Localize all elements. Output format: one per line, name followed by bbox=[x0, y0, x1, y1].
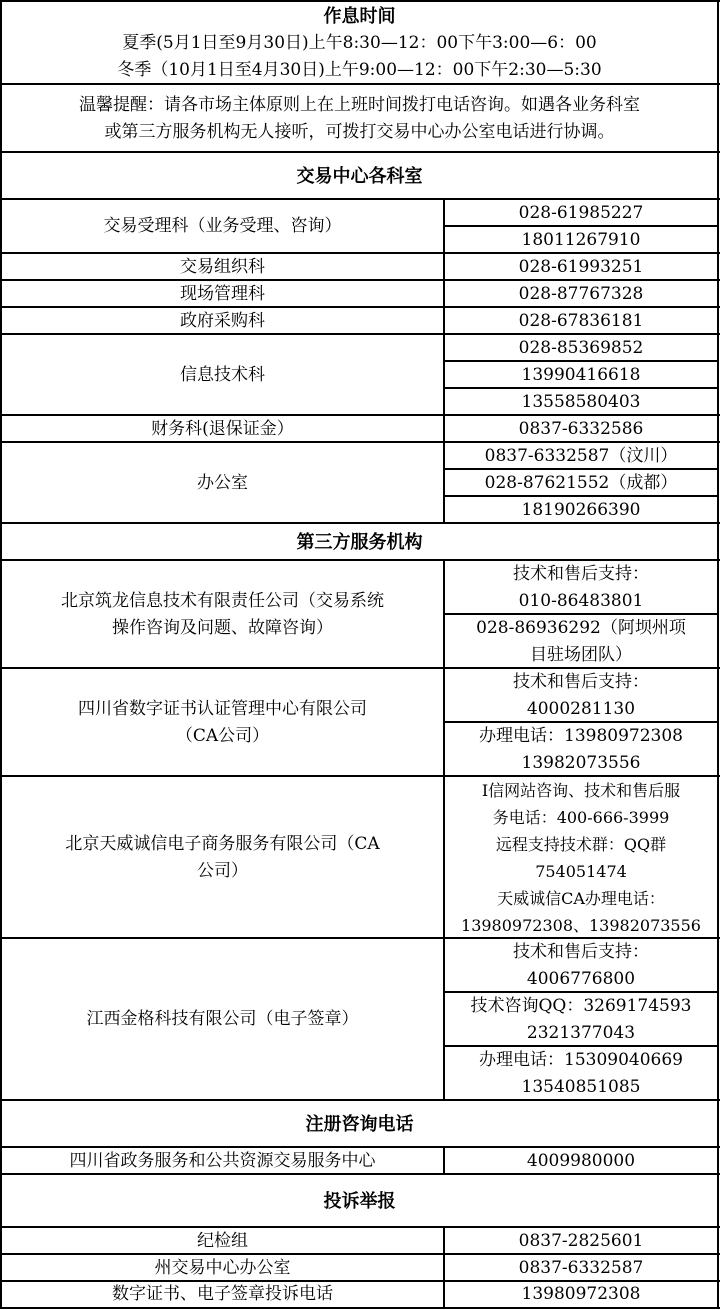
org-name-line: 操作咨询及问题、故障咨询） bbox=[112, 615, 333, 642]
org-contact: 办理电话：15309040669 13540851085 bbox=[445, 1047, 717, 1100]
org-contact: 技术咨询QQ：3269174593 2321377043 bbox=[445, 993, 717, 1046]
dept-phone: 028-87767328 bbox=[445, 281, 717, 307]
org-name-line: 北京天威诚信电子商务服务有限公司（CA bbox=[65, 831, 379, 858]
complaint-name-discipline: 纪检组 bbox=[2, 1228, 443, 1254]
dept-name-site-management: 现场管理科 bbox=[2, 281, 443, 307]
org-name-line: 北京筑龙信息技术有限责任公司（交易系统 bbox=[61, 588, 384, 615]
contact-line: 天威诚信CA办理电话： bbox=[497, 885, 665, 912]
contact-line: 2321377043 bbox=[527, 1020, 635, 1047]
dept-name-organization: 交易组织科 bbox=[2, 254, 443, 280]
contact-line: 远程支持技术群：QQ群 bbox=[496, 831, 666, 858]
dept-name-procurement: 政府采购科 bbox=[2, 308, 443, 334]
org-name-line: 公司） bbox=[197, 858, 248, 885]
complaint-name-certificate: 数字证书、电子签章投诉电话 bbox=[2, 1282, 443, 1307]
winter-hours: 冬季（10月1日至4月30日)上午9:00—12：00下午2:30—5:30 bbox=[117, 57, 601, 84]
org-contact: 028-86936292（阿坝州项 目驻场团队） bbox=[445, 615, 717, 668]
dept-phone: 028-85369852 bbox=[445, 335, 717, 361]
contact-line: 办理电话：15309040669 bbox=[479, 1047, 683, 1074]
dept-name-acceptance: 交易受理科（业务受理、咨询） bbox=[2, 200, 443, 253]
contact-line: 010-86483801 bbox=[519, 588, 644, 615]
notice-line-1: 温馨提醒：请各市场主体原则上在上班时间拨打电话咨询。如遇各业务科室 bbox=[79, 92, 640, 119]
org-name-sichuan-ca: 四川省数字证书认证管理中心有限公司 （CA公司） bbox=[2, 669, 443, 776]
contact-line: 技术和售后支持： bbox=[513, 561, 649, 588]
dept-name-finance: 财务科(退保证金） bbox=[2, 416, 443, 442]
complaint-phone: 0837-2825601 bbox=[445, 1228, 717, 1254]
contact-directory-table: 作息时间 夏季(5月1日至9月30日)上午8:30—12：00下午3:00—6：… bbox=[0, 0, 721, 1310]
dept-phone: 0837-6332586 bbox=[445, 416, 717, 442]
org-contact: 办理电话：13980972308 13982073556 bbox=[445, 723, 717, 776]
org-contact: 技术和售后支持： 4000281130 bbox=[445, 669, 717, 722]
org-name-line: （CA公司） bbox=[176, 723, 269, 750]
contact-line: 技术和售后支持： bbox=[513, 939, 649, 966]
contact-line: 技术和售后支持： bbox=[513, 669, 649, 696]
notice-block: 温馨提醒：请各市场主体原则上在上班时间拨打电话咨询。如遇各业务科室 或第三方服务… bbox=[0, 85, 719, 152]
complaint-name-office: 州交易中心办公室 bbox=[2, 1255, 443, 1281]
dept-phone: 028-61985227 bbox=[445, 200, 717, 226]
org-contact: 技术和售后支持： 010-86483801 bbox=[445, 561, 717, 614]
org-contact: I信网站咨询、技术和售后服 务电话：400-666-3999 远程支持技术群：Q… bbox=[445, 777, 717, 938]
contact-line: 4000281130 bbox=[527, 696, 635, 723]
third-party-section-title: 第三方服务机构 bbox=[0, 524, 719, 560]
dept-phone: 13558580403 bbox=[445, 389, 717, 415]
dept-name-it: 信息技术科 bbox=[2, 335, 443, 415]
dept-phone: 18011267910 bbox=[445, 227, 717, 253]
contact-line: 028-86936292（阿坝州项 bbox=[476, 615, 686, 642]
contact-line: 13980972308、13982073556 bbox=[461, 912, 701, 939]
complaint-phone: 13980972308 bbox=[445, 1282, 717, 1307]
contact-line: 技术咨询QQ：3269174593 bbox=[470, 993, 691, 1020]
notice-line-2: 或第三方服务机构无人接听，可拨打交易中心办公室电话进行协调。 bbox=[105, 119, 615, 146]
complaints-section-title: 投诉举报 bbox=[0, 1175, 719, 1227]
registration-phone: 4009980000 bbox=[445, 1148, 717, 1174]
org-name-zhulong: 北京筑龙信息技术有限责任公司（交易系统 操作咨询及问题、故障咨询） bbox=[2, 561, 443, 668]
contact-line: 务电话：400-666-3999 bbox=[493, 804, 670, 831]
dept-phone: 028-87621552（成都） bbox=[445, 470, 717, 496]
dept-phone: 13990416618 bbox=[445, 362, 717, 388]
org-name-line: 四川省数字证书认证管理中心有限公司 bbox=[78, 696, 367, 723]
org-name-tianwei: 北京天威诚信电子商务服务有限公司（CA 公司） bbox=[2, 777, 443, 938]
org-name-line: 江西金格科技有限公司（电子签章） bbox=[87, 1006, 359, 1033]
contact-line: 13982073556 bbox=[522, 750, 641, 777]
summer-hours: 夏季(5月1日至9月30日)上午8:30—12：00下午3:00—6：00 bbox=[122, 30, 596, 57]
contact-line: I信网站咨询、技术和售后服 bbox=[482, 777, 680, 804]
contact-line: 754051474 bbox=[535, 858, 627, 885]
working-hours-block: 作息时间 夏季(5月1日至9月30日)上午8:30—12：00下午3:00—6：… bbox=[0, 2, 719, 84]
org-contact: 技术和售后支持： 4006776800 bbox=[445, 939, 717, 992]
working-hours-title: 作息时间 bbox=[324, 3, 396, 30]
dept-name-office: 办公室 bbox=[2, 443, 443, 523]
contact-line: 4006776800 bbox=[527, 966, 635, 993]
dept-phone: 0837-6332587（汶川） bbox=[445, 443, 717, 469]
dept-phone: 028-67836181 bbox=[445, 308, 717, 334]
contact-line: 目驻场团队） bbox=[530, 642, 632, 669]
dept-phone: 028-61993251 bbox=[445, 254, 717, 280]
departments-section-title: 交易中心各科室 bbox=[0, 153, 719, 199]
org-name-jinge: 江西金格科技有限公司（电子签章） bbox=[2, 939, 443, 1100]
complaint-phone: 0837-6332587 bbox=[445, 1255, 717, 1281]
contact-line: 办理电话：13980972308 bbox=[479, 723, 683, 750]
contact-line: 13540851085 bbox=[522, 1074, 641, 1101]
registration-org-name: 四川省政务服务和公共资源交易服务中心 bbox=[2, 1148, 443, 1174]
dept-phone: 18190266390 bbox=[445, 497, 717, 523]
registration-section-title: 注册咨询电话 bbox=[0, 1101, 719, 1147]
